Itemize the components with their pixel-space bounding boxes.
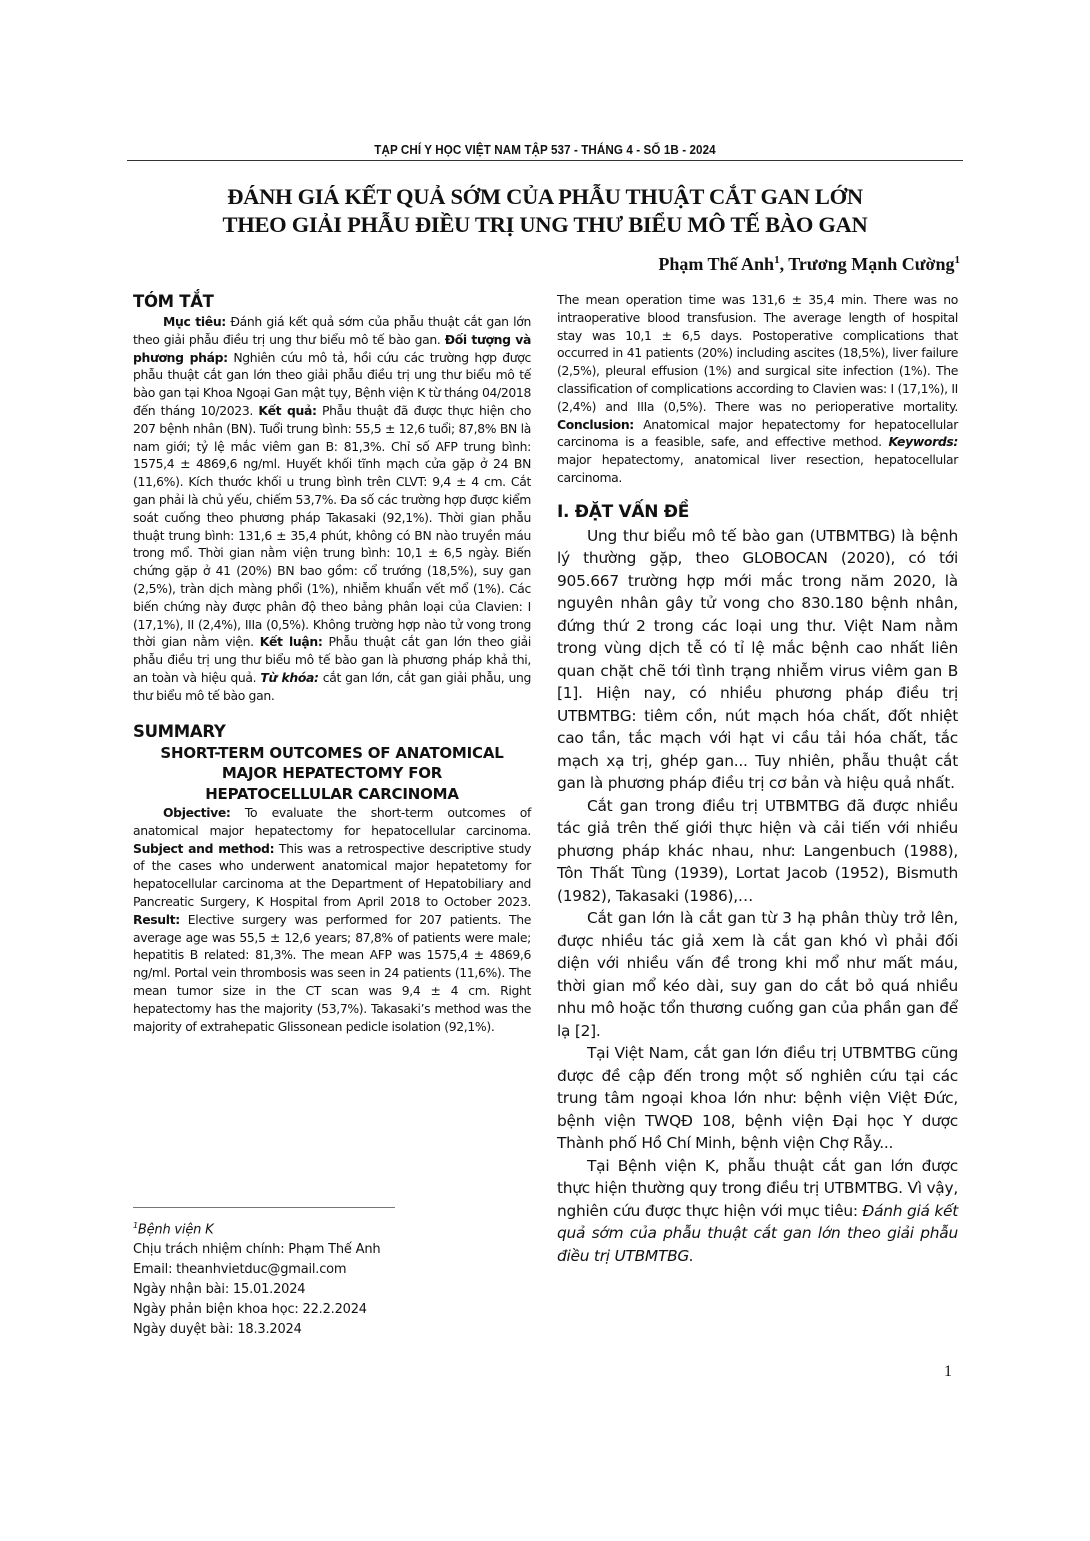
affiliation-note: 1Bệnh viện K [133,1216,380,1240]
english-title-line-3: HEPATOCELLULAR CARCINOMA [133,784,531,805]
conclusion-label: Kết luận: [260,634,323,649]
keywords-label: Từ khóa: [260,670,318,685]
footnote-rule [133,1207,395,1208]
paper-page: TẠP CHÍ Y HỌC VIỆT NAM TẬP 537 - THÁNG 4… [0,0,1090,1541]
introduction-heading: I. ĐẶT VẤN ĐỀ [557,501,958,523]
title-line-1: ĐÁNH GIÁ KẾT QUẢ SỚM CỦA PHẪU THUẬT CẮT … [130,183,960,211]
right-column: The mean operation time was 131,6 ± 35,4… [557,291,958,1267]
author-list: Phạm Thế Anh1, Trương Mạnh Cường1 [658,254,960,275]
footnotes: 1Bệnh viện K Chịu trách nhiệm chính: Phạ… [133,1216,380,1340]
page-number: 1 [944,1363,952,1381]
conclusion-label: Conclusion: [557,417,634,432]
received-date: Ngày nhận bài: 15.01.2024 [133,1280,380,1300]
affiliation-text: Bệnh viện K [138,1222,214,1237]
result-text: Phẫu thuật đã được thực hiện cho 207 bện… [133,403,531,649]
objective-label: Objective: [163,805,231,820]
email: Email: theanhvietduc@gmail.com [133,1260,380,1280]
affiliation-mark: 1 [955,254,961,266]
accepted-date: Ngày duyệt bài: 18.3.2024 [133,1320,380,1340]
intro-paragraph: Ung thư biểu mô tế bào gan (UTBMTBG) là … [557,525,958,795]
abstract-en-body: Objective: To evaluate the short-term ou… [133,804,531,1035]
objective-label: Mục tiêu: [163,314,226,329]
running-head: TẠP CHÍ Y HỌC VIỆT NAM TẬP 537 - THÁNG 4… [159,143,931,157]
english-title-line-1: SHORT-TERM OUTCOMES OF ANATOMICAL [133,743,531,764]
intro-paragraph: Cắt gan lớn là cắt gan từ 3 hạ phân thùy… [557,907,958,1042]
method-label: Subject and method: [133,841,274,856]
keywords-label: Keywords: [888,434,958,449]
intro-paragraph-objective: Tại Bệnh viện K, phẫu thuật cắt gan lớn … [557,1155,958,1268]
left-column: TÓM TẮT Mục tiêu: Đánh giá kết quả sớm c… [133,291,531,1035]
intro-paragraph: Tại Việt Nam, cắt gan lớn điều trị UTBMT… [557,1042,958,1155]
english-title: SHORT-TERM OUTCOMES OF ANATOMICAL MAJOR … [133,743,531,805]
author-separator: , [780,254,789,274]
abstract-vi-body: Mục tiêu: Đánh giá kết quả sớm của phẫu … [133,313,531,705]
author-name: Phạm Thế Anh [658,254,774,274]
header-rule [127,160,963,161]
english-title-line-2: MAJOR HEPATECTOMY FOR [133,763,531,784]
title-line-2: THEO GIẢI PHẪU ĐIỀU TRỊ UNG THƯ BIỂU MÔ … [130,211,960,239]
abstract-en-continued: The mean operation time was 131,6 ± 35,4… [557,291,958,487]
author-name: Trương Mạnh Cường [788,254,954,274]
result-label: Kết quả: [258,403,316,418]
article-title: ĐÁNH GIÁ KẾT QUẢ SỚM CỦA PHẪU THUẬT CẮT … [130,183,960,239]
result-label: Result: [133,912,180,927]
abstract-vi-heading: TÓM TẮT [133,291,531,313]
abstract-en-heading: SUMMARY [133,721,531,743]
corresponding-author: Chịu trách nhiệm chính: Phạm Thế Anh [133,1240,380,1260]
intro-paragraph: Cắt gan trong điều trị UTBMTBG đã được n… [557,795,958,908]
result-text: Elective surgery was performed for 207 p… [133,912,531,1034]
keywords-text: major hepatectomy, anatomical liver rese… [557,452,958,485]
review-date: Ngày phản biện khoa học: 22.2.2024 [133,1300,380,1320]
result-text-continued: The mean operation time was 131,6 ± 35,4… [557,292,958,414]
